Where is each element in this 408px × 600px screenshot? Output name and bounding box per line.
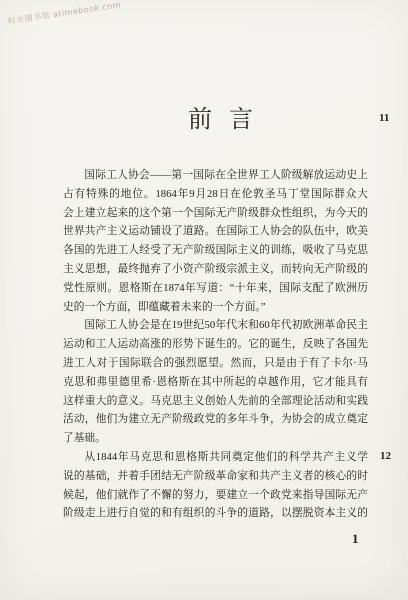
text-line: 会上建立起来的这个第一个国际无产阶级群众性组织，为今天的 <box>63 204 368 223</box>
text-line: 进工人对于国际联合的强烈愿望。然而，只是由于有了卡尔·马 <box>63 354 368 373</box>
watermark-text: 时光图书馆 atimebook.com <box>7 0 122 27</box>
text-line: 说的基础，并着手团结无产阶级革命家和共产主义者的核心的时 <box>63 467 368 486</box>
book-page: 时光图书馆 atimebook.com 前言 11 12 国际工人协会——第一国… <box>0 0 408 600</box>
margin-number-mid: 12 <box>380 450 391 462</box>
text-line: 主义思想，最终抛弃了小资产阶级宗派主义，而转向无产阶级的 <box>63 260 368 279</box>
text-line: 从1844年马克思和恩格斯共同奠定他们的科学共产主义学 <box>63 448 368 467</box>
text-line: 占有特殊的地位。1864年9月28日在伦敦圣马丁堂国际群众大 <box>63 185 368 204</box>
text-line: 活动，他们为建立无产阶级政党的多年斗争，为协会的成立奠定 <box>63 410 368 429</box>
text-line: 了基础。 <box>63 429 368 448</box>
text-line: 候起，他们就作了不懈的努力，要建立一个政党来指导国际无产 <box>63 486 368 505</box>
text-line: 史的一个方面，即蕴藏着未来的一个方面。” <box>63 298 368 317</box>
text-line: 国际工人协会是在19世纪50年代末和60年代初欧洲革命民主 <box>63 316 368 335</box>
margin-number-top: 11 <box>379 112 389 124</box>
text-line: 国际工人协会——第一国际在全世界工人阶级解放运动史上 <box>63 166 368 185</box>
text-line: 这样重大的意义。马克思主义创始人先前的全部理论活动和实践 <box>63 392 368 411</box>
text-line: 各国的先进工人经受了无产阶级国际主义的训练，吸收了马克思 <box>63 241 368 260</box>
page-number: 1 <box>352 531 359 547</box>
page-title: 前言 <box>188 105 270 135</box>
body-text-block: 国际工人协会——第一国际在全世界工人阶级解放运动史上占有特殊的地位。1864年9… <box>63 166 368 523</box>
text-line: 运动和工人运动高涨的形势下诞生的。它的诞生，反映了各国先 <box>63 335 368 354</box>
text-line: 克思和弗里德里希·恩格斯在其中所起的卓越作用，它才能具有 <box>63 373 368 392</box>
text-line: 阶级走上进行自觉的和有组织的斗争的道路，以摆脱资本主义的 <box>63 504 368 523</box>
text-line: 党性原则。恩格斯在1874年写道：“十年来，国际支配了欧洲历 <box>63 279 368 298</box>
text-line: 世界共产主义运动铺设了道路。在国际工人协会的队伍中，欧美 <box>63 222 368 241</box>
